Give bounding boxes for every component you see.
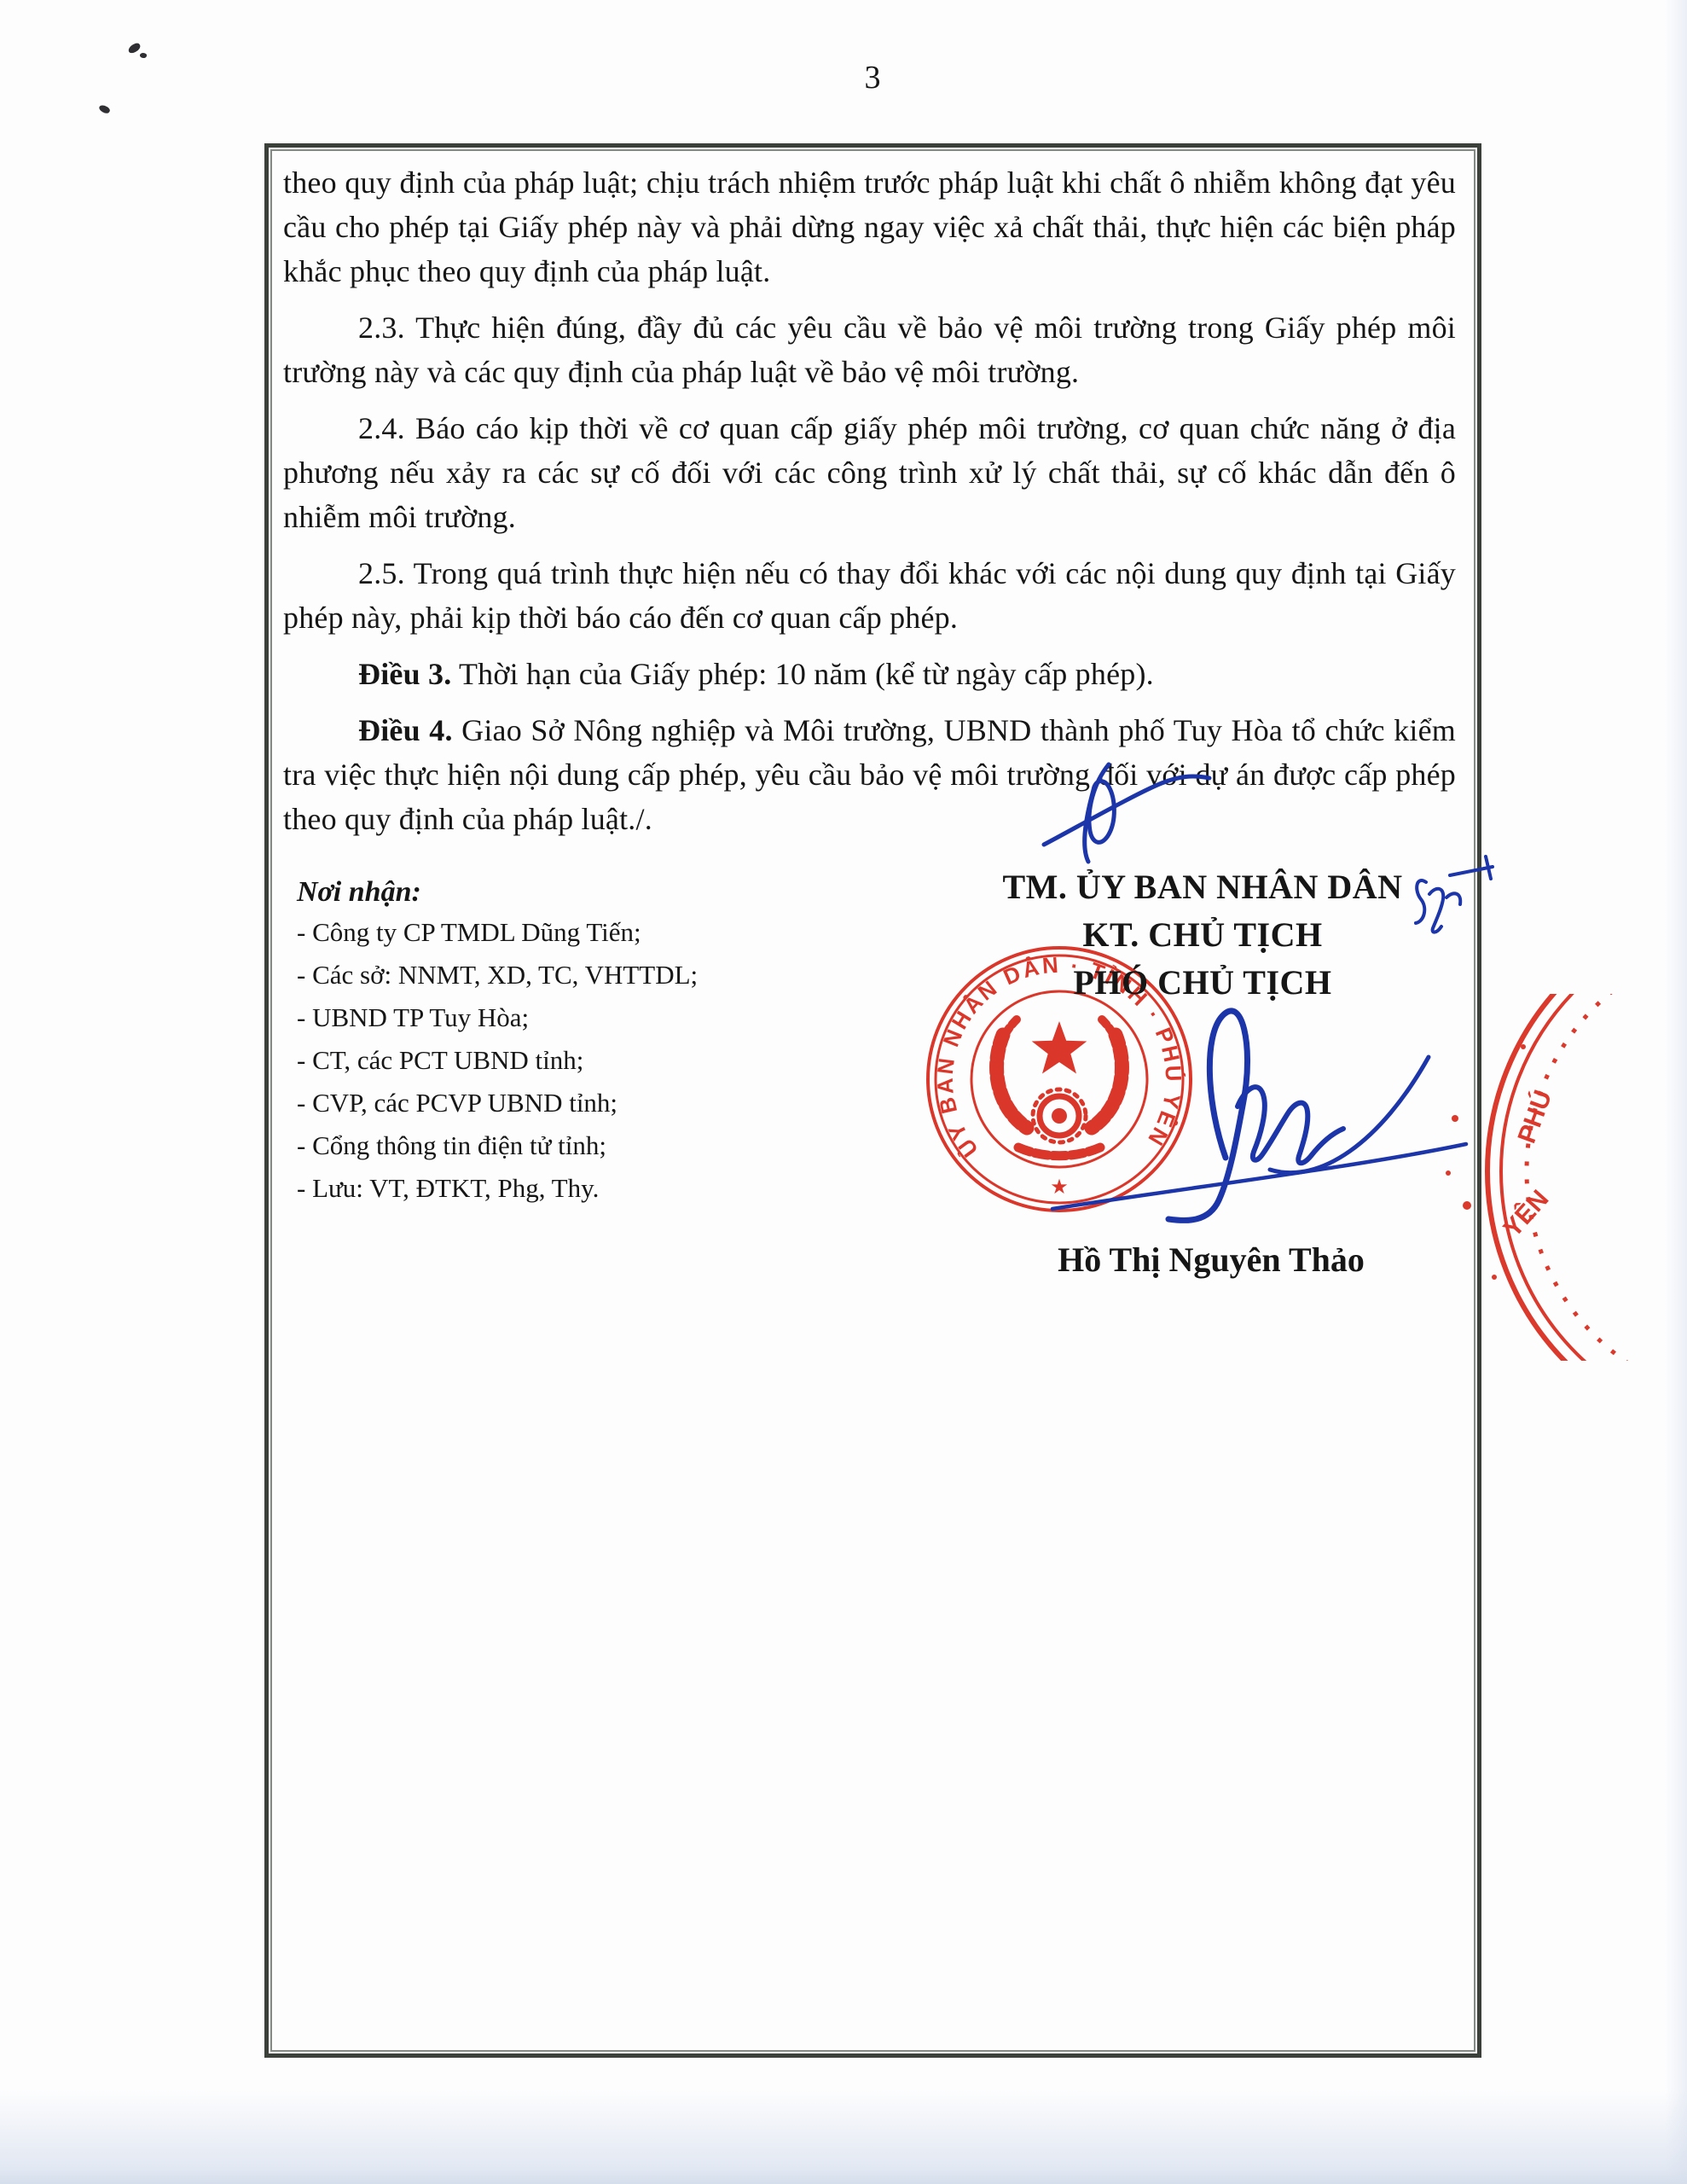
recipient-item: - Lưu: VT, ĐTKT, Phg, Thy. bbox=[297, 1167, 698, 1210]
document-border-frame: theo quy định của pháp luật; chịu trách … bbox=[264, 143, 1481, 2058]
dieu-4-text: Giao Sở Nông nghiệp và Môi trường, UBND … bbox=[283, 713, 1456, 836]
paragraph-2-4: 2.4. Báo cáo kịp thời về cơ quan cấp giấ… bbox=[283, 406, 1456, 539]
recipient-item: - Các sở: NNMT, XD, TC, VHTTDL; bbox=[297, 954, 698, 996]
dieu-4-lead: Điều 4. bbox=[358, 713, 453, 747]
scan-tint-bottom bbox=[0, 2090, 1687, 2184]
recipients-label: Nơi nhận: bbox=[297, 874, 698, 911]
paragraph-dieu-3: Điều 3. Thời hạn của Giấy phép: 10 năm (… bbox=[283, 652, 1456, 696]
recipient-item: - Công ty CP TMDL Dũng Tiến; bbox=[297, 911, 698, 954]
recipient-item: - Cổng thông tin điện tử tỉnh; bbox=[297, 1124, 698, 1167]
paragraph-2-5: 2.5. Trong quá trình thực hiện nếu có th… bbox=[283, 551, 1456, 640]
signature-area: Nơi nhận: - Công ty CP TMDL Dũng Tiến; -… bbox=[283, 853, 1456, 2030]
handwritten-paraph bbox=[1034, 749, 1221, 877]
page-number: 3 bbox=[865, 61, 881, 94]
recipient-item: - UBND TP Tuy Hòa; bbox=[297, 996, 698, 1039]
dieu-3-text: Thời hạn của Giấy phép: 10 năm (kể từ ng… bbox=[451, 657, 1153, 691]
ink-speck bbox=[139, 52, 147, 59]
ink-speck bbox=[98, 103, 111, 115]
scanned-document-page: { "page_number": "3", "body": { "p_conti… bbox=[0, 0, 1687, 2184]
edge-partial-stamp: PHÚ YÊN bbox=[1441, 994, 1687, 1361]
authority-kt-line: KT. CHỦ TỊCH bbox=[947, 911, 1458, 959]
paragraph-continuation: theo quy định của pháp luật; chịu trách … bbox=[283, 160, 1456, 293]
recipient-item: - CT, các PCT UBND tỉnh; bbox=[297, 1039, 698, 1082]
recipients-block: Nơi nhận: - Công ty CP TMDL Dũng Tiến; -… bbox=[297, 874, 698, 1210]
dieu-3-lead: Điều 3. bbox=[358, 657, 451, 691]
signature-handwriting bbox=[925, 977, 1488, 1310]
recipient-item: - CVP, các PCVP UBND tỉnh; bbox=[297, 1082, 698, 1124]
document-content: theo quy định của pháp luật; chịu trách … bbox=[273, 152, 1473, 2049]
handwritten-initials bbox=[1400, 850, 1499, 944]
paragraph-dieu-4: Điều 4. Giao Sở Nông nghiệp và Môi trườn… bbox=[283, 708, 1456, 841]
paragraph-2-3: 2.3. Thực hiện đúng, đầy đủ các yêu cầu … bbox=[283, 305, 1456, 394]
edge-stamp-text-phu: PHÚ bbox=[1512, 1086, 1558, 1147]
ink-speck bbox=[127, 42, 142, 55]
